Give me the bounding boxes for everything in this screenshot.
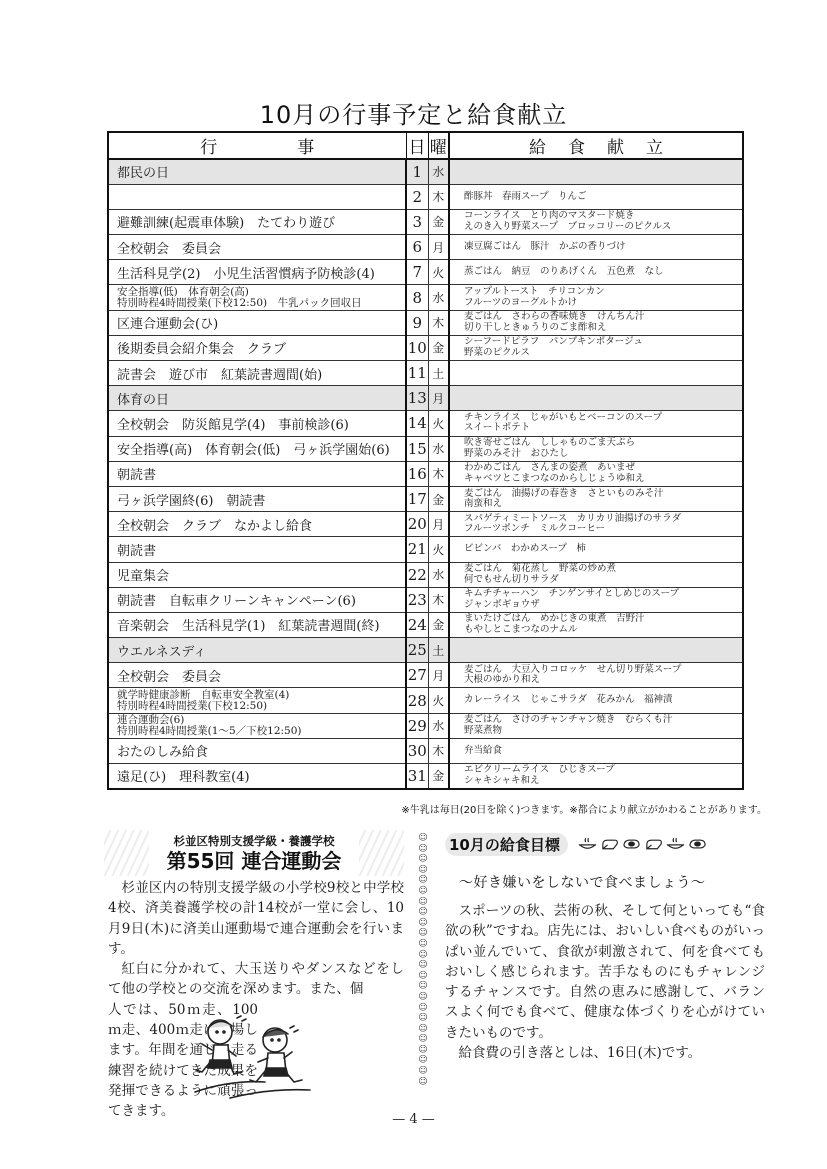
smiley-icon: ☺ — [417, 992, 429, 1003]
fried-egg-icon — [688, 836, 707, 852]
smiley-icon: ☺ — [417, 1045, 429, 1056]
weekday-cell: 木 — [428, 310, 449, 335]
weekday-cell: 月 — [428, 235, 449, 260]
event-cell: 体育の日 — [108, 386, 406, 411]
menu-cell: 吹き寄せごはん ししゃものごま天ぷら野菜のみそ汁 おひたし — [449, 436, 743, 461]
table-row: 区連合運動会(ひ)9木麦ごはん さわらの香味焼き けんちん汁切り干しときゅうりの… — [108, 310, 743, 335]
day-cell: 30 — [406, 738, 428, 763]
event-line: 特別時程4時間授業(下校12:50) 牛乳パック回収日 — [117, 298, 405, 309]
event-cell: 就学時健康診断 自転車安全教室(4)特別時程4時間授業(下校12:50) — [108, 688, 406, 713]
day-cell: 21 — [406, 537, 428, 562]
menu-line: アップルトースト チリコンカン — [464, 287, 742, 298]
weekday-cell: 金 — [428, 209, 449, 234]
menu-line: 南蛮和え — [464, 499, 742, 510]
weekday-cell: 火 — [428, 688, 449, 713]
event-cell: 区連合運動会(ひ) — [108, 310, 406, 335]
goal-subtitle: 〜好き嫌いをしないで食べましょう〜 — [459, 872, 765, 892]
event-line: 読書会 遊び市 紅葉読書週間(始) — [117, 364, 405, 383]
smiley-icon: ☺ — [417, 1013, 429, 1024]
menu-line: ジャンボギョウザ — [464, 600, 742, 611]
table-row: 読書会 遊び市 紅葉読書週間(始)11土 — [108, 361, 743, 386]
menu-line: カレーライス じゃこサラダ 花みかん 福神漬 — [464, 695, 742, 706]
menu-cell — [449, 386, 743, 411]
table-row: 安全指導(低) 体育朝会(高)特別時程4時間授業(下校12:50) 牛乳パック回… — [108, 285, 743, 310]
menu-line: フルーツポンチ ミルクコーヒー — [464, 524, 742, 535]
weekday-cell: 木 — [428, 738, 449, 763]
page-title: 10月の行事予定と給食献立 — [0, 95, 827, 130]
table-row: 朝読書 自転車クリーンキャンペーン(6)23木キムチチャーハン チンゲンサイとし… — [108, 587, 743, 612]
food-icons — [578, 836, 707, 852]
weekday-cell: 火 — [428, 260, 449, 285]
event-line: 都民の日 — [117, 162, 405, 181]
event-cell: 全校朝会 防災館見学(4) 事前検診(6) — [108, 411, 406, 436]
menu-line: 弁当給食 — [464, 746, 742, 757]
event-line: 就学時健康診断 自転車安全教室(4) — [117, 690, 405, 701]
smiley-icon: ☺ — [417, 950, 429, 961]
menu-cell — [449, 361, 743, 386]
table-row: 生活科見学(2) 小児生活習慣病予防検診(4)7火蒸ごはん 納豆 のりあげくん … — [108, 260, 743, 285]
page-number: — 4 — — [0, 1112, 827, 1127]
menu-line: 野菜煮物 — [464, 726, 742, 737]
header-menu: 給食献立 — [449, 132, 743, 159]
event-line: 避難訓練(起震車体験) たてわり遊び — [117, 212, 405, 231]
day-cell: 9 — [406, 310, 428, 335]
smiley-icon: ☺ — [417, 1055, 429, 1066]
menu-cell: 麦ごはん さけのチャンチャン焼き むらくも汁野菜煮物 — [449, 713, 743, 738]
menu-line: スイートポテト — [464, 423, 742, 434]
weekday-cell: 水 — [428, 285, 449, 310]
event-line: 朝読書 — [117, 464, 405, 483]
weekday-cell: 火 — [428, 537, 449, 562]
smiley-icon: ☺ — [417, 928, 429, 939]
smiley-icon: ☺ — [417, 907, 429, 918]
event-cell: 生活科見学(2) 小児生活習慣病予防検診(4) — [108, 260, 406, 285]
event-cell: 安全指導(高) 体育朝会(低) 弓ヶ浜学園始(6) — [108, 436, 406, 461]
event-line: 安全指導(低) 体育朝会(高) — [117, 287, 405, 298]
event-cell: 音楽朝会 生活科見学(1) 紅葉読書週間(終) — [108, 612, 406, 637]
menu-cell: 麦ごはん さわらの香味焼き けんちん汁切り干しときゅうりのごま酢和え — [449, 310, 743, 335]
table-row: 全校朝会 防災館見学(4) 事前検診(6)14火チキンライス じゃがいもとベーコ… — [108, 411, 743, 436]
event-cell: ウエルネスディ — [108, 638, 406, 663]
event-cell: 全校朝会 委員会 — [108, 235, 406, 260]
weekday-cell: 金 — [428, 335, 449, 360]
event-line: 全校朝会 委員会 — [117, 666, 405, 685]
weekday-cell: 火 — [428, 411, 449, 436]
article-paragraph: 紅白に分かれて、大玉送りやダンスなどをして他の学校との交流を深めます。また、個 — [108, 959, 404, 1000]
day-cell: 16 — [406, 461, 428, 486]
smiley-icon: ☺ — [417, 1034, 429, 1045]
menu-line: シャキシャキ和え — [464, 776, 742, 787]
table-row: 体育の日13月 — [108, 386, 743, 411]
event-line: 特別時程4時間授業(1〜5／下校12:50) — [117, 726, 405, 737]
smiley-icon: ☺ — [417, 886, 429, 897]
menu-cell: 凍豆腐ごはん 豚汁 かぶの香りづけ — [449, 235, 743, 260]
menu-cell: まいたけごはん めかじきの東煮 吉野汁もやしとこまつなのナムル — [449, 612, 743, 637]
menu-cell: チキンライス じゃがいもとベーコンのスープスイートポテト — [449, 411, 743, 436]
event-line: 全校朝会 委員会 — [117, 238, 405, 257]
weekday-cell: 木 — [428, 587, 449, 612]
event-line: おたのしみ給食 — [117, 741, 405, 760]
menu-line: 何でもせん切りサラダ — [464, 575, 742, 586]
day-cell: 31 — [406, 764, 428, 789]
article-paragraph: 杉並区内の特別支援学級の小学校9校と中学校4校、済美養護学校の計14校が一堂に会… — [108, 878, 404, 959]
event-cell: 都民の日 — [108, 159, 406, 184]
table-row: 安全指導(高) 体育朝会(低) 弓ヶ浜学園始(6)15水吹き寄せごはん ししゃも… — [108, 436, 743, 461]
smiley-icon: ☺ — [417, 833, 429, 844]
day-cell: 24 — [406, 612, 428, 637]
event-line: 生活科見学(2) 小児生活習慣病予防検診(4) — [117, 263, 405, 282]
goal-header: 10月の給食目標 — [445, 832, 765, 856]
table-row: 避難訓練(起震車体験) たてわり遊び3金コーンライス とり肉のマスタード焼きえの… — [108, 209, 743, 234]
header-dow: 曜 — [428, 132, 449, 159]
weekday-cell: 木 — [428, 461, 449, 486]
smiley-icon: ☺ — [417, 1003, 429, 1014]
menu-cell — [449, 159, 743, 184]
day-cell: 27 — [406, 663, 428, 688]
weekday-cell: 水 — [428, 436, 449, 461]
table-row: 全校朝会 クラブ なかよし給食20月スパゲティミートソース カリカリ油揚げのサラ… — [108, 512, 743, 537]
smiley-icon: ☺ — [417, 865, 429, 876]
day-cell: 11 — [406, 361, 428, 386]
event-cell: おたのしみ給食 — [108, 738, 406, 763]
event-line: 区連合運動会(ひ) — [117, 313, 405, 332]
weekday-cell: 金 — [428, 486, 449, 511]
day-cell: 6 — [406, 235, 428, 260]
table-row: 音楽朝会 生活科見学(1) 紅葉読書週間(終)24金まいたけごはん めかじきの東… — [108, 612, 743, 637]
event-cell: 朝読書 — [108, 461, 406, 486]
menu-line: 切り干しときゅうりのごま酢和え — [464, 323, 742, 334]
event-line: 体育の日 — [117, 389, 405, 408]
menu-cell: スパゲティミートソース カリカリ油揚げのサラダフルーツポンチ ミルクコーヒー — [449, 512, 743, 537]
event-line: 特別時程4時間授業(下校12:50) — [117, 701, 405, 712]
day-cell: 3 — [406, 209, 428, 234]
bread-icon — [600, 836, 619, 852]
menu-cell: キムチチャーハン チンゲンサイとしめじのスープジャンボギョウザ — [449, 587, 743, 612]
day-cell: 25 — [406, 638, 428, 663]
table-body: 都民の日1水2木酢豚丼 春雨スープ りんご避難訓練(起震車体験) たてわり遊び3… — [108, 159, 743, 789]
menu-line: もやしとこまつなのナムル — [464, 625, 742, 636]
table-row: ウエルネスディ25土 — [108, 638, 743, 663]
day-cell: 13 — [406, 386, 428, 411]
event-line: 児童集会 — [117, 565, 405, 584]
event-line: 弓ヶ浜学園終(6) 朝読書 — [117, 490, 405, 509]
menu-cell: 蒸ごはん 納豆 のりあげくん 五色煮 なし — [449, 260, 743, 285]
smiley-icon: ☺ — [417, 1024, 429, 1035]
event-line: 遠足(ひ) 理科教室(4) — [117, 766, 405, 785]
event-cell: 弓ヶ浜学園終(6) 朝読書 — [108, 486, 406, 511]
smiley-icon: ☺ — [417, 981, 429, 992]
day-cell: 10 — [406, 335, 428, 360]
table-header-row: 行事 日 曜 給食献立 — [108, 132, 743, 159]
running-children-illustration — [190, 1010, 320, 1100]
smiley-icon: ☺ — [417, 897, 429, 908]
menu-line: 凍豆腐ごはん 豚汁 かぶの香りづけ — [464, 242, 742, 253]
smiley-icon: ☺ — [417, 960, 429, 971]
smiley-icon: ☺ — [417, 854, 429, 865]
menu-cell: 酢豚丼 春雨スープ りんご — [449, 184, 743, 209]
event-cell — [108, 184, 406, 209]
header-day: 日 — [406, 132, 428, 159]
smiley-icon: ☺ — [417, 844, 429, 855]
menu-cell: 弁当給食 — [449, 738, 743, 763]
weekday-cell: 金 — [428, 764, 449, 789]
fried-egg-icon — [622, 836, 641, 852]
event-line: 朝読書 — [117, 540, 405, 559]
right-article: 10月の給食目標 〜好き嫌いをしないで食べましょう〜 スポーツの秋、芸術の秋、そ… — [445, 832, 765, 1063]
day-cell: 22 — [406, 562, 428, 587]
event-line: 全校朝会 防災館見学(4) 事前検診(6) — [117, 414, 405, 433]
event-cell: 全校朝会 クラブ なかよし給食 — [108, 512, 406, 537]
smiley-icon: ☺ — [417, 1077, 429, 1088]
menu-line: 酢豚丼 春雨スープ りんご — [464, 192, 742, 203]
day-cell: 7 — [406, 260, 428, 285]
menu-line: えのき入り野菜スープ ブロッコリーのピクルス — [464, 222, 742, 233]
event-cell: 児童集会 — [108, 562, 406, 587]
day-cell: 20 — [406, 512, 428, 537]
weekday-cell: 水 — [428, 562, 449, 587]
menu-line: 野菜のピクルス — [464, 348, 742, 359]
table-row: 全校朝会 委員会6月凍豆腐ごはん 豚汁 かぶの香りづけ — [108, 235, 743, 260]
event-line: 朝読書 自転車クリーンキャンペーン(6) — [117, 590, 405, 609]
weekday-cell: 月 — [428, 386, 449, 411]
table-row: 都民の日1水 — [108, 159, 743, 184]
table-row: 児童集会22水麦ごはん 菊花蒸し 野菜の炒め煮何でもせん切りサラダ — [108, 562, 743, 587]
weekday-cell: 月 — [428, 663, 449, 688]
table-row: 就学時健康診断 自転車安全教室(4)特別時程4時間授業(下校12:50)28火カ… — [108, 688, 743, 713]
day-cell: 1 — [406, 159, 428, 184]
event-cell: 連合運動会(6)特別時程4時間授業(1〜5／下校12:50) — [108, 713, 406, 738]
event-cell: 避難訓練(起震車体験) たてわり遊び — [108, 209, 406, 234]
menu-cell: エビクリームライス ひじきスープシャキシャキ和え — [449, 764, 743, 789]
day-cell: 28 — [406, 688, 428, 713]
bread-icon — [644, 836, 663, 852]
day-cell: 2 — [406, 184, 428, 209]
menu-cell: ビビンバ わかめスープ 柿 — [449, 537, 743, 562]
menu-line: 野菜のみそ汁 おひたし — [464, 449, 742, 460]
table-row: 弓ヶ浜学園終(6) 朝読書17金麦ごはん 油揚げの春巻き さといものみそ汁南蛮和… — [108, 486, 743, 511]
menu-line: 大根のゆかり和え — [464, 675, 742, 686]
article-banner: 杉並区特別支援学級・養護学校 第55回 連合運動会 — [104, 830, 404, 876]
event-line: 後期委員会紹介集会 クラブ — [117, 338, 405, 357]
goal-body: スポーツの秋、芸術の秋、そして何といっても“食欲の秋”ですね。店先には、おいしい… — [445, 901, 765, 1063]
goal-paragraph: 給食費の引き落としは、16日(木)です。 — [445, 1043, 765, 1063]
smiley-icon: ☺ — [417, 939, 429, 950]
menu-line: キャベツとこまつなのからしじょうゆ和え — [464, 474, 742, 485]
menu-line: ビビンバ わかめスープ 柿 — [464, 544, 742, 555]
table-row: 2木酢豚丼 春雨スープ りんご — [108, 184, 743, 209]
table-row: 連合運動会(6)特別時程4時間授業(1〜5／下校12:50)29水麦ごはん さけ… — [108, 713, 743, 738]
event-cell: 朝読書 — [108, 537, 406, 562]
menu-cell: 麦ごはん 油揚げの春巻き さといものみそ汁南蛮和え — [449, 486, 743, 511]
menu-cell: コーンライス とり肉のマスタード焼きえのき入り野菜スープ ブロッコリーのピクルス — [449, 209, 743, 234]
menu-cell: アップルトースト チリコンカンフルーツのヨーグルトかけ — [449, 285, 743, 310]
smiley-icon: ☺ — [417, 971, 429, 982]
day-cell: 8 — [406, 285, 428, 310]
weekday-cell: 土 — [428, 361, 449, 386]
weekday-cell: 金 — [428, 612, 449, 637]
event-cell: 全校朝会 委員会 — [108, 663, 406, 688]
menu-line: 麦ごはん 油揚げの春巻き さといものみそ汁 — [464, 489, 742, 500]
day-cell: 29 — [406, 713, 428, 738]
day-cell: 17 — [406, 486, 428, 511]
menu-cell: 麦ごはん 大豆入りコロッケ せん切り野菜スープ大根のゆかり和え — [449, 663, 743, 688]
weekday-cell: 土 — [428, 638, 449, 663]
event-line: 安全指導(高) 体育朝会(低) 弓ヶ浜学園始(6) — [117, 439, 405, 458]
event-line: ウエルネスディ — [117, 641, 405, 660]
smiley-divider: ☺☺☺☺☺☺☺☺☺☺☺☺☺☺☺☺☺☺☺☺☺☺☺☺ — [417, 833, 429, 1087]
goal-title: 10月の給食目標 — [445, 833, 568, 856]
table-row: 遠足(ひ) 理科教室(4)31金エビクリームライス ひじきスープシャキシャキ和え — [108, 764, 743, 789]
table-row: 朝読書21火ビビンバ わかめスープ 柿 — [108, 537, 743, 562]
smiley-icon: ☺ — [417, 918, 429, 929]
article-title: 第55回 連合運動会 — [104, 849, 404, 873]
menu-cell: わかめごはん さんまの姿煮 あいまぜキャベツとこまつなのからしじょうゆ和え — [449, 461, 743, 486]
event-cell: 安全指導(低) 体育朝会(高)特別時程4時間授業(下校12:50) 牛乳パック回… — [108, 285, 406, 310]
day-cell: 14 — [406, 411, 428, 436]
rice-bowl-icon — [578, 836, 597, 852]
event-line: 全校朝会 クラブ なかよし給食 — [117, 515, 405, 534]
weekday-cell: 月 — [428, 512, 449, 537]
event-line: 音楽朝会 生活科見学(1) 紅葉読書週間(終) — [117, 615, 405, 634]
goal-paragraph: スポーツの秋、芸術の秋、そして何といっても“食欲の秋”ですね。店先には、おいしい… — [445, 901, 765, 1043]
header-event: 行事 — [108, 132, 406, 159]
table-row: 後期委員会紹介集会 クラブ10金シーフードピラフ パンプキンポタージュ野菜のピク… — [108, 335, 743, 360]
menu-line: 蒸ごはん 納豆 のりあげくん 五色煮 なし — [464, 267, 742, 278]
event-cell: 遠足(ひ) 理科教室(4) — [108, 764, 406, 789]
table-row: 全校朝会 委員会27月麦ごはん 大豆入りコロッケ せん切り野菜スープ大根のゆかり… — [108, 663, 743, 688]
menu-line: フルーツのヨーグルトかけ — [464, 298, 742, 309]
milk-note: ※牛乳は毎日(20日を除く)つきます。※都合により献立がかわることがあります。 — [401, 801, 767, 816]
menu-cell — [449, 638, 743, 663]
menu-cell: カレーライス じゃこサラダ 花みかん 福神漬 — [449, 688, 743, 713]
schedule-menu-table: 行事 日 曜 給食献立 都民の日1水2木酢豚丼 春雨スープ りんご避難訓練(起震… — [107, 131, 744, 790]
smiley-icon: ☺ — [417, 875, 429, 886]
event-cell: 朝読書 自転車クリーンキャンペーン(6) — [108, 587, 406, 612]
weekday-cell: 木 — [428, 184, 449, 209]
table-row: おたのしみ給食30木弁当給食 — [108, 738, 743, 763]
article-subtitle: 杉並区特別支援学級・養護学校 — [104, 830, 404, 849]
smiley-icon: ☺ — [417, 1066, 429, 1077]
menu-cell: シーフードピラフ パンプキンポタージュ野菜のピクルス — [449, 335, 743, 360]
weekday-cell: 水 — [428, 713, 449, 738]
day-cell: 15 — [406, 436, 428, 461]
day-cell: 23 — [406, 587, 428, 612]
weekday-cell: 水 — [428, 159, 449, 184]
menu-cell: 麦ごはん 菊花蒸し 野菜の炒め煮何でもせん切りサラダ — [449, 562, 743, 587]
event-cell: 読書会 遊び市 紅葉読書週間(始) — [108, 361, 406, 386]
table-row: 朝読書16木わかめごはん さんまの姿煮 あいまぜキャベツとこまつなのからしじょう… — [108, 461, 743, 486]
event-cell: 後期委員会紹介集会 クラブ — [108, 335, 406, 360]
rice-bowl-icon — [666, 836, 685, 852]
menu-line: 麦ごはん さけのチャンチャン焼き むらくも汁 — [464, 715, 742, 726]
